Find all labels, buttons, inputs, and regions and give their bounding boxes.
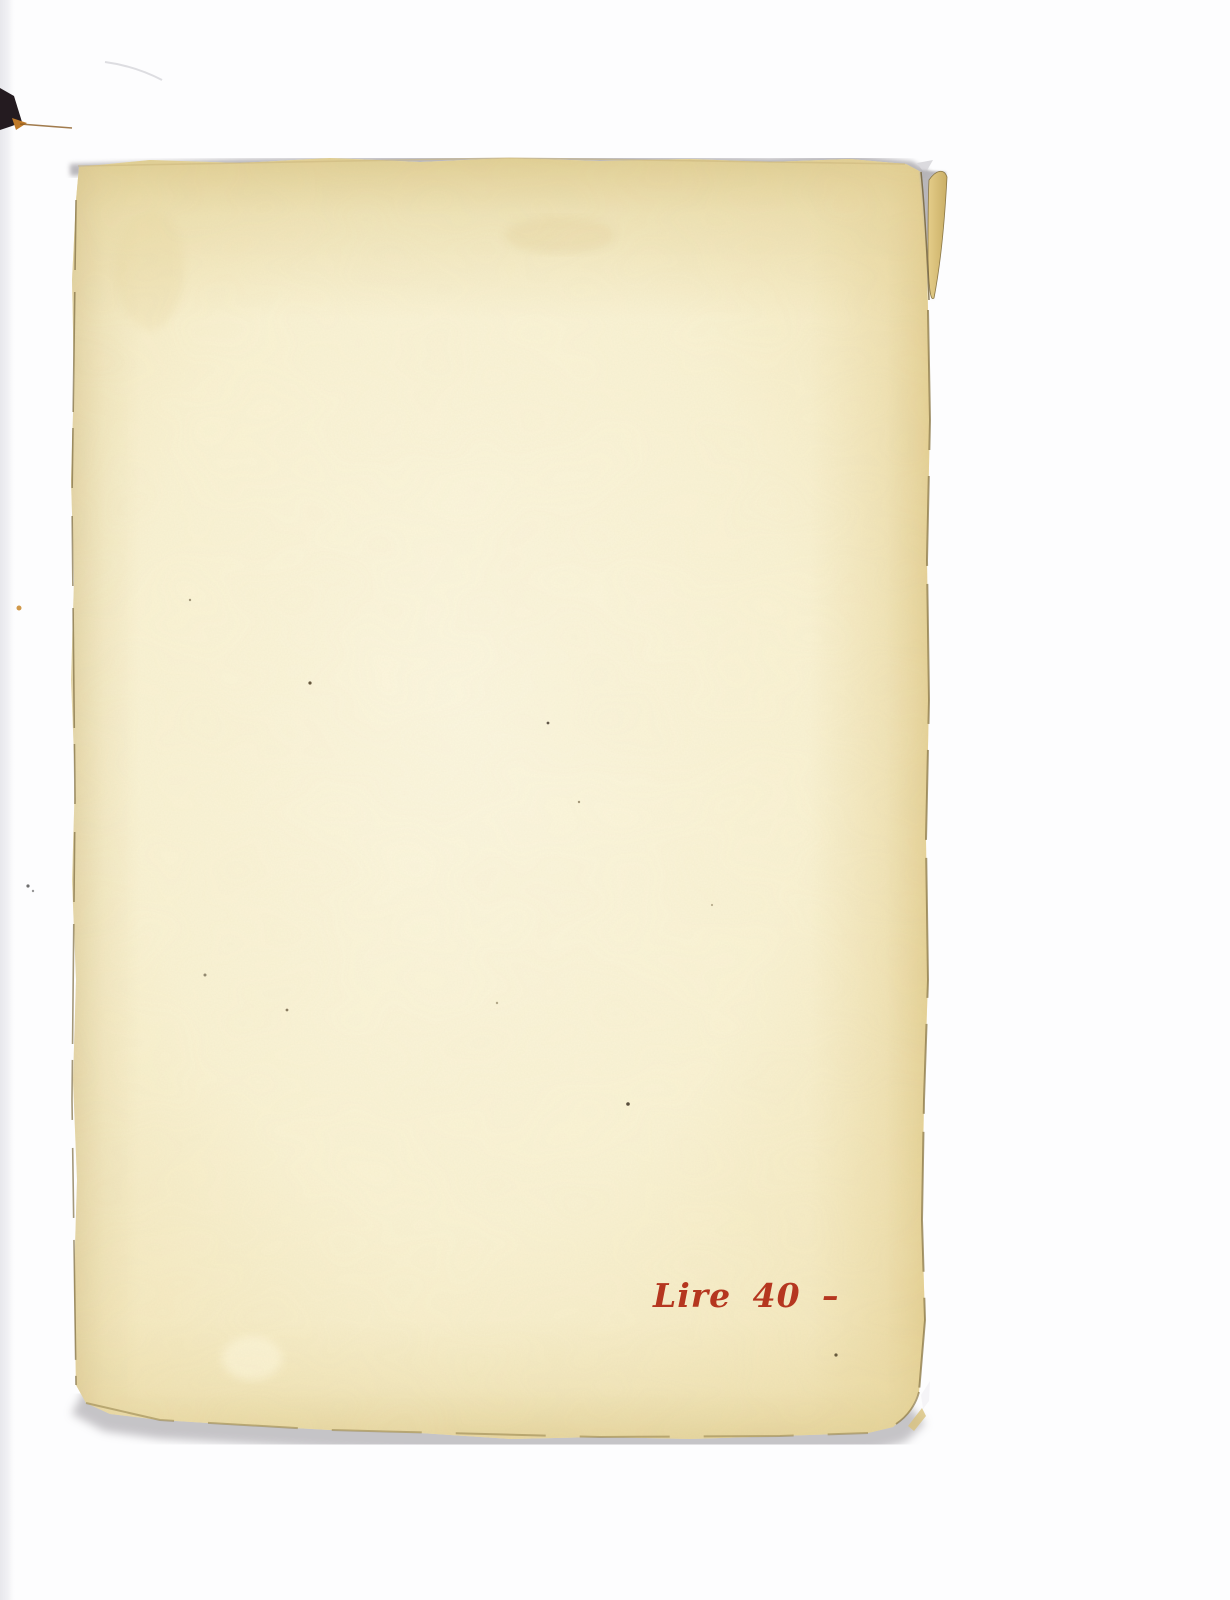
scanned-book-cover-photo: Lire 40 – [0,0,1230,1600]
scan-image [0,0,1230,1600]
price-label: Lire 40 – [653,1279,840,1312]
book-cover [60,150,950,1460]
paper-shading [60,150,950,1460]
scanner-edge-band [0,0,16,1600]
